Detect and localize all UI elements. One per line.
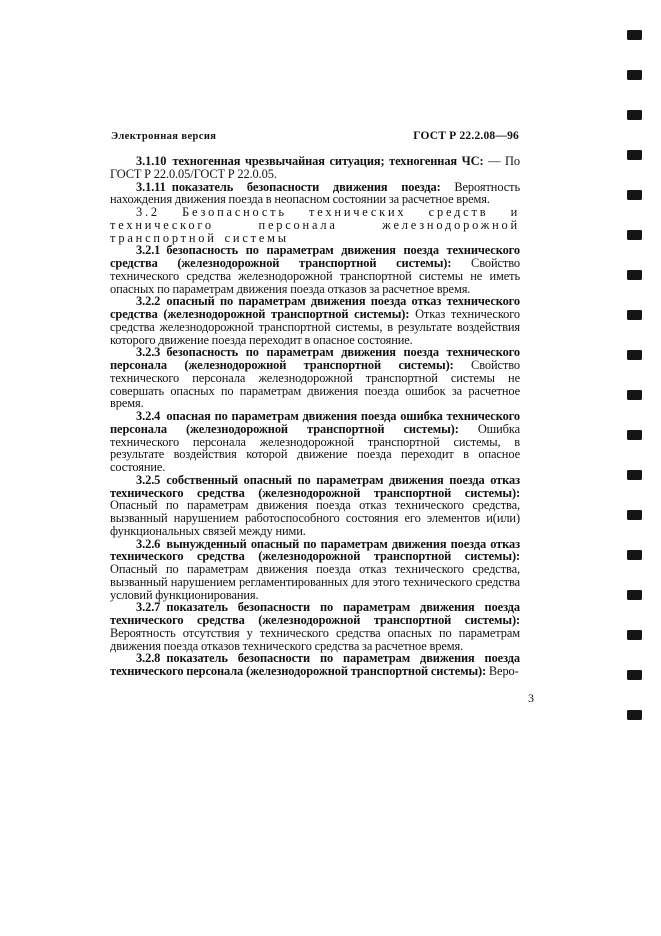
defined-term: 3.2.8 показатель безопасности по парамет… [110,651,520,678]
defined-term: 3.2.1 безопасность по параметрам движени… [110,243,520,270]
defined-term: 3.2.6 вынужденный опасный по параметрам … [110,537,520,564]
scan-mark [627,590,642,600]
section-heading: 3.2 Безопасность технических средств и т… [110,206,520,244]
header-edition-label: Электронная версия [111,131,216,142]
scan-mark [627,30,642,40]
scan-mark [627,350,642,360]
scan-mark [627,430,642,440]
defined-term: 3.2.3 безопасность по параметрам движени… [110,345,520,372]
scan-mark [627,190,642,200]
scan-mark [627,630,642,640]
definition-paragraph: 3.2.3 безопасность по параметрам движени… [110,346,520,410]
scan-mark [627,110,642,120]
definition-paragraph: 3.2.4 опасная по параметрам движения пое… [110,410,520,474]
defined-term: 3.2.5 собственный опасный по параметрам … [110,473,520,500]
defined-term: 3.2.4 опасная по параметрам движения пое… [110,409,520,436]
document-page: Электронная версия ГОСТ Р 22.2.08—96 3.1… [0,0,661,936]
scan-mark [627,470,642,480]
defined-term: 3.2.2 опасный по параметрам движения пое… [110,294,520,321]
paragraph-list: 3.1.10 техногенная чрезвычайная ситуация… [110,155,520,678]
scan-mark [627,670,642,680]
document-body: 3.1.10 техногенная чрезвычайная ситуация… [110,155,520,706]
definition-paragraph: 3.1.11 показатель безопасности движения … [110,181,520,207]
running-header: Электронная версия ГОСТ Р 22.2.08—96 [111,130,519,142]
scan-mark [627,310,642,320]
scan-mark [627,70,642,80]
defined-term: 3.1.11 показатель безопасности движения … [136,180,441,194]
scan-mark [627,550,642,560]
definition-paragraph: 3.2.2 опасный по параметрам движения пое… [110,295,520,346]
definition-paragraph: 3.2.8 показатель безопасности по парамет… [110,652,520,678]
scan-mark [627,710,642,720]
defined-term: 3.1.10 техногенная чрезвычайная ситуация… [136,154,484,168]
scan-mark [627,270,642,280]
scan-mark [627,150,642,160]
scan-mark [627,230,642,240]
definition-paragraph: 3.2.1 безопасность по параметрам движени… [110,244,520,295]
scan-mark [627,390,642,400]
definition-paragraph: 3.2.6 вынужденный опасный по параметрам … [110,538,520,602]
definition-paragraph: 3.2.7 показатель безопасности по парамет… [110,601,520,652]
header-standard-number: ГОСТ Р 22.2.08—96 [413,130,519,142]
scan-mark [627,510,642,520]
page-number: 3 [110,691,534,706]
defined-term: 3.2.7 показатель безопасности по парамет… [110,600,520,627]
definition-paragraph: 3.2.5 собственный опасный по параметрам … [110,474,520,538]
definition-paragraph: 3.1.10 техногенная чрезвычайная ситуация… [110,155,520,181]
